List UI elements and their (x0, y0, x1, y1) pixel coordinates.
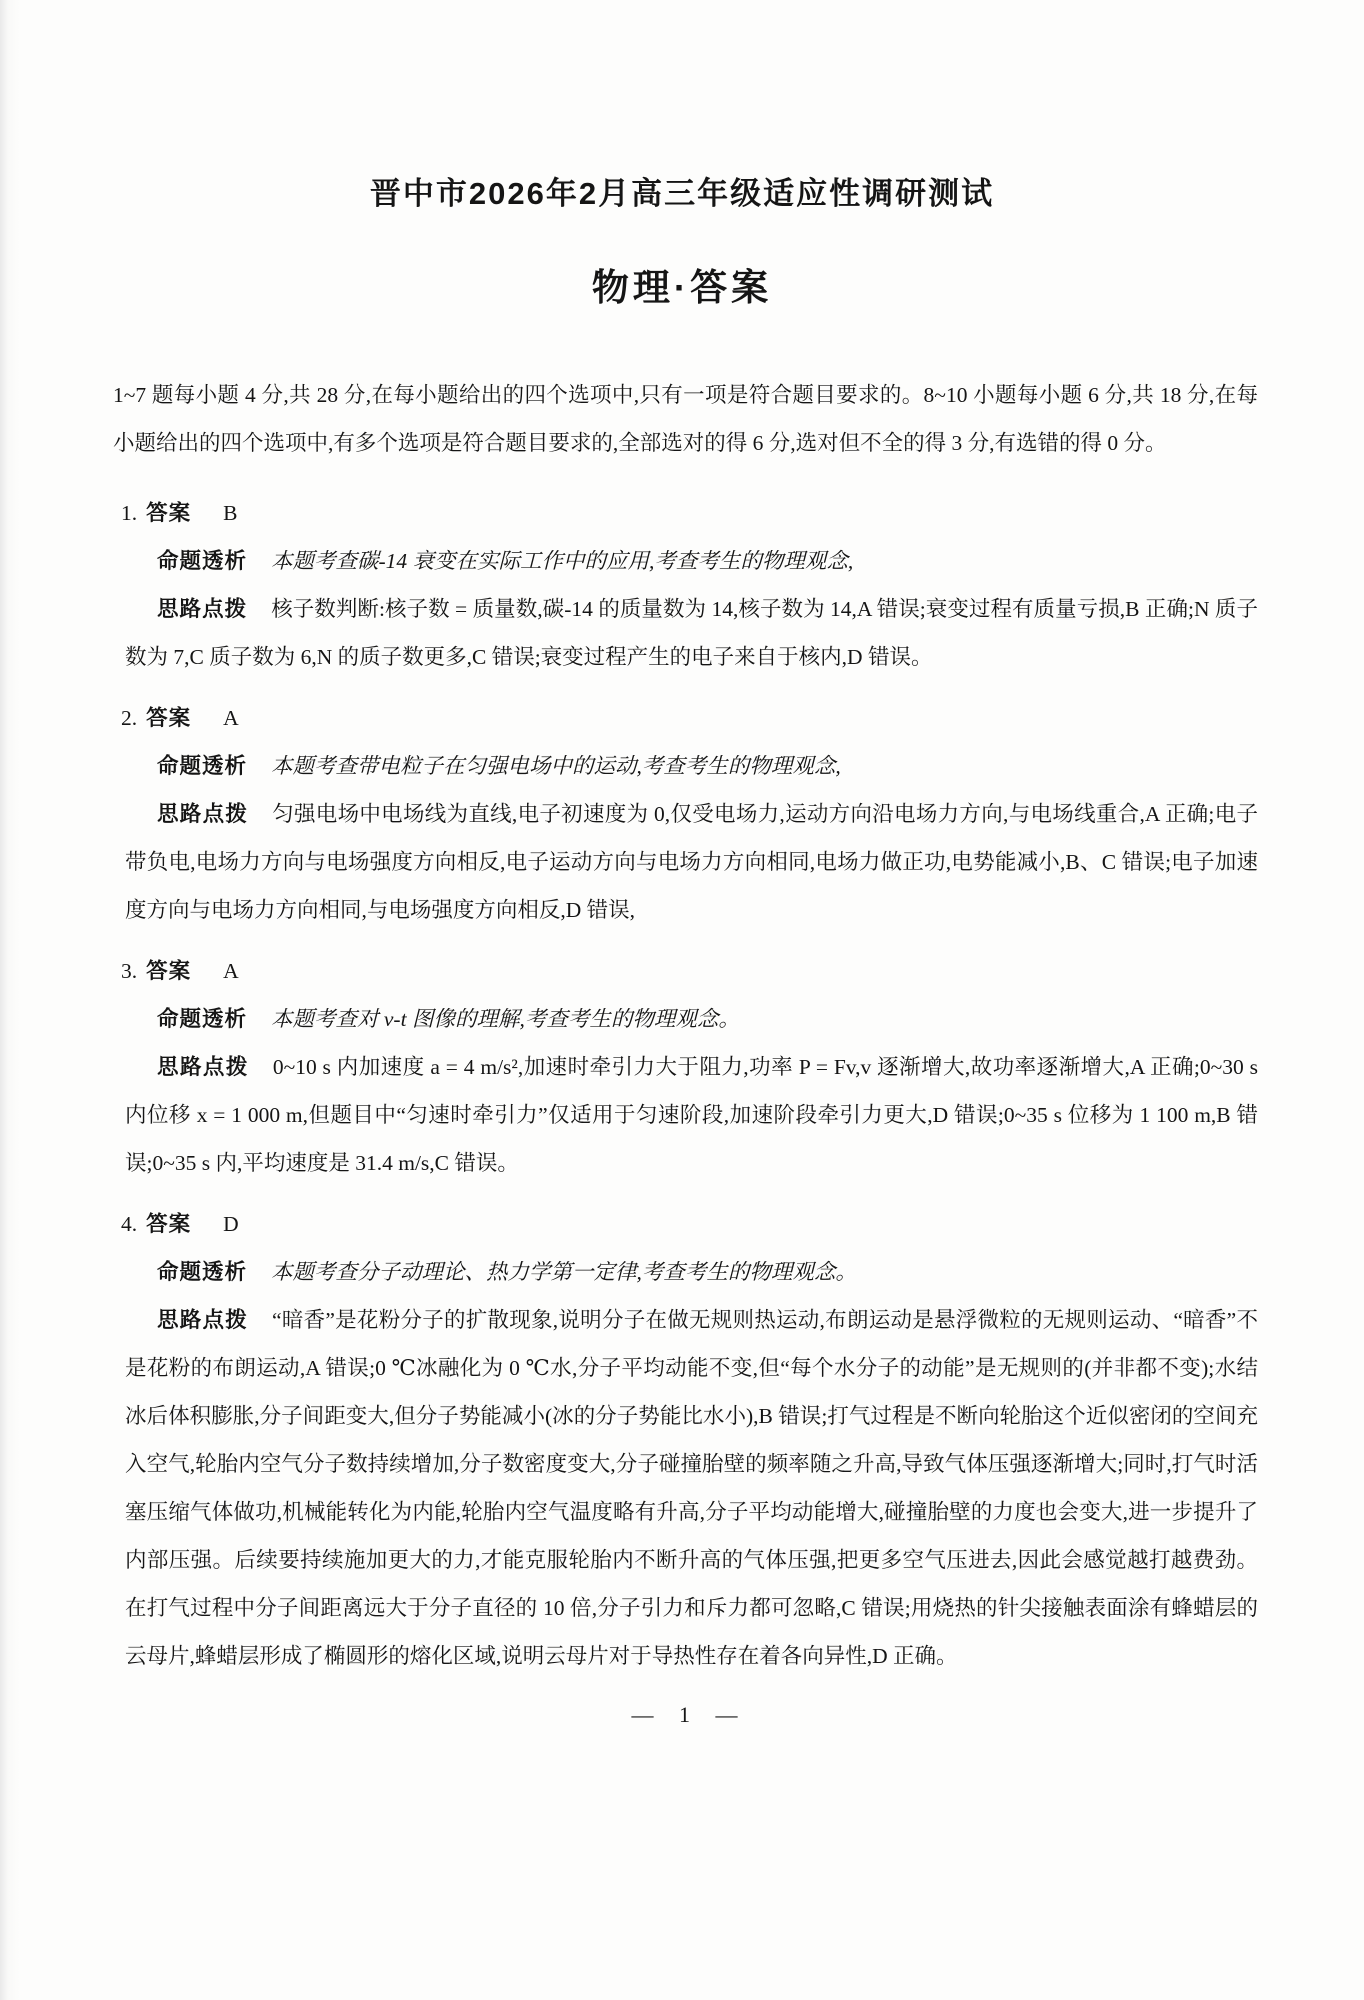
page-subtitle: 物理·答案 (0, 257, 1364, 311)
answer-letter: A (223, 959, 239, 983)
tips-text: 核子数判断:核子数 = 质量数,碳-14 的质量数为 14,核子数为 14,A … (125, 597, 1258, 669)
document-page: 晋中市2026年2月高三年级适应性调研测试 物理·答案 1~7 题每小题 4 分… (0, 0, 1364, 2000)
answer-letter: B (223, 501, 237, 525)
page-number: — 1 — (113, 1702, 1258, 1728)
analysis-label: 命题透析 (157, 754, 247, 778)
question-block-3: 3.答案A 命题透析本题考查对 v-t 图像的理解,考查考生的物理观念。 思路点… (113, 947, 1258, 1187)
question-number: 3. (121, 959, 137, 983)
question-block-4: 4.答案D 命题透析本题考查分子动理论、热力学第一定律,考查考生的物理观念。 思… (113, 1200, 1258, 1680)
analysis-paragraph: 命题透析本题考查对 v-t 图像的理解,考查考生的物理观念。 (125, 995, 1258, 1043)
answer-letter: D (223, 1212, 239, 1236)
question-number: 4. (121, 1212, 137, 1236)
answer-line: 1.答案B (121, 489, 1258, 537)
answer-label: 答案 (146, 501, 191, 525)
analysis-text: 本题考查分子动理论、热力学第一定律,考查考生的物理观念。 (271, 1260, 857, 1284)
tips-label: 思路点拨 (157, 802, 248, 826)
tips-paragraph: 思路点拨0~10 s 内加速度 a = 4 m/s²,加速时牵引力大于阻力,功率… (125, 1043, 1258, 1187)
answer-label: 答案 (146, 1212, 191, 1236)
question-block-2: 2.答案A 命题透析本题考查带电粒子在匀强电场中的运动,考查考生的物理观念, 思… (113, 694, 1258, 934)
tips-paragraph: 思路点拨“暗香”是花粉分子的扩散现象,说明分子在做无规则热运动,布朗运动是悬浮微… (125, 1296, 1258, 1680)
answer-line: 4.答案D (121, 1200, 1258, 1248)
analysis-label: 命题透析 (157, 1007, 247, 1031)
analysis-paragraph: 命题透析本题考查带电粒子在匀强电场中的运动,考查考生的物理观念, (125, 742, 1258, 790)
analysis-text: 本题考查碳-14 衰变在实际工作中的应用,考查考生的物理观念, (271, 549, 853, 573)
tips-label: 思路点拨 (157, 1308, 248, 1332)
tips-label: 思路点拨 (157, 597, 247, 621)
tips-paragraph: 思路点拨核子数判断:核子数 = 质量数,碳-14 的质量数为 14,核子数为 1… (125, 585, 1258, 681)
answer-letter: A (223, 706, 239, 730)
answer-label: 答案 (146, 706, 191, 730)
answer-label: 答案 (146, 959, 191, 983)
analysis-paragraph: 命题透析本题考查分子动理论、热力学第一定律,考查考生的物理观念。 (125, 1248, 1258, 1296)
document-body: 1~7 题每小题 4 分,共 28 分,在每小题给出的四个选项中,只有一项是符合… (0, 371, 1364, 1728)
answer-line: 2.答案A (121, 694, 1258, 742)
analysis-label: 命题透析 (157, 1260, 247, 1284)
tips-paragraph: 思路点拨匀强电场中电场线为直线,电子初速度为 0,仅受电场力,运动方向沿电场力方… (125, 790, 1258, 934)
intro-paragraph: 1~7 题每小题 4 分,共 28 分,在每小题给出的四个选项中,只有一项是符合… (113, 371, 1258, 467)
page-title: 晋中市2026年2月高三年级适应性调研测试 (0, 168, 1364, 213)
analysis-text: 本题考查对 v-t 图像的理解,考查考生的物理观念。 (271, 1007, 740, 1031)
question-number: 2. (121, 706, 137, 730)
tips-text: 0~10 s 内加速度 a = 4 m/s²,加速时牵引力大于阻力,功率 P =… (125, 1055, 1258, 1175)
analysis-label: 命题透析 (157, 549, 247, 573)
tips-label: 思路点拨 (157, 1055, 249, 1079)
analysis-paragraph: 命题透析本题考查碳-14 衰变在实际工作中的应用,考查考生的物理观念, (125, 537, 1258, 585)
answer-line: 3.答案A (121, 947, 1258, 995)
tips-text: 匀强电场中电场线为直线,电子初速度为 0,仅受电场力,运动方向沿电场力方向,与电… (125, 802, 1258, 922)
tips-text: “暗香”是花粉分子的扩散现象,说明分子在做无规则热运动,布朗运动是悬浮微粒的无规… (125, 1308, 1258, 1668)
question-number: 1. (121, 501, 137, 525)
analysis-text: 本题考查带电粒子在匀强电场中的运动,考查考生的物理观念, (271, 754, 841, 778)
question-block-1: 1.答案B 命题透析本题考查碳-14 衰变在实际工作中的应用,考查考生的物理观念… (113, 489, 1258, 681)
